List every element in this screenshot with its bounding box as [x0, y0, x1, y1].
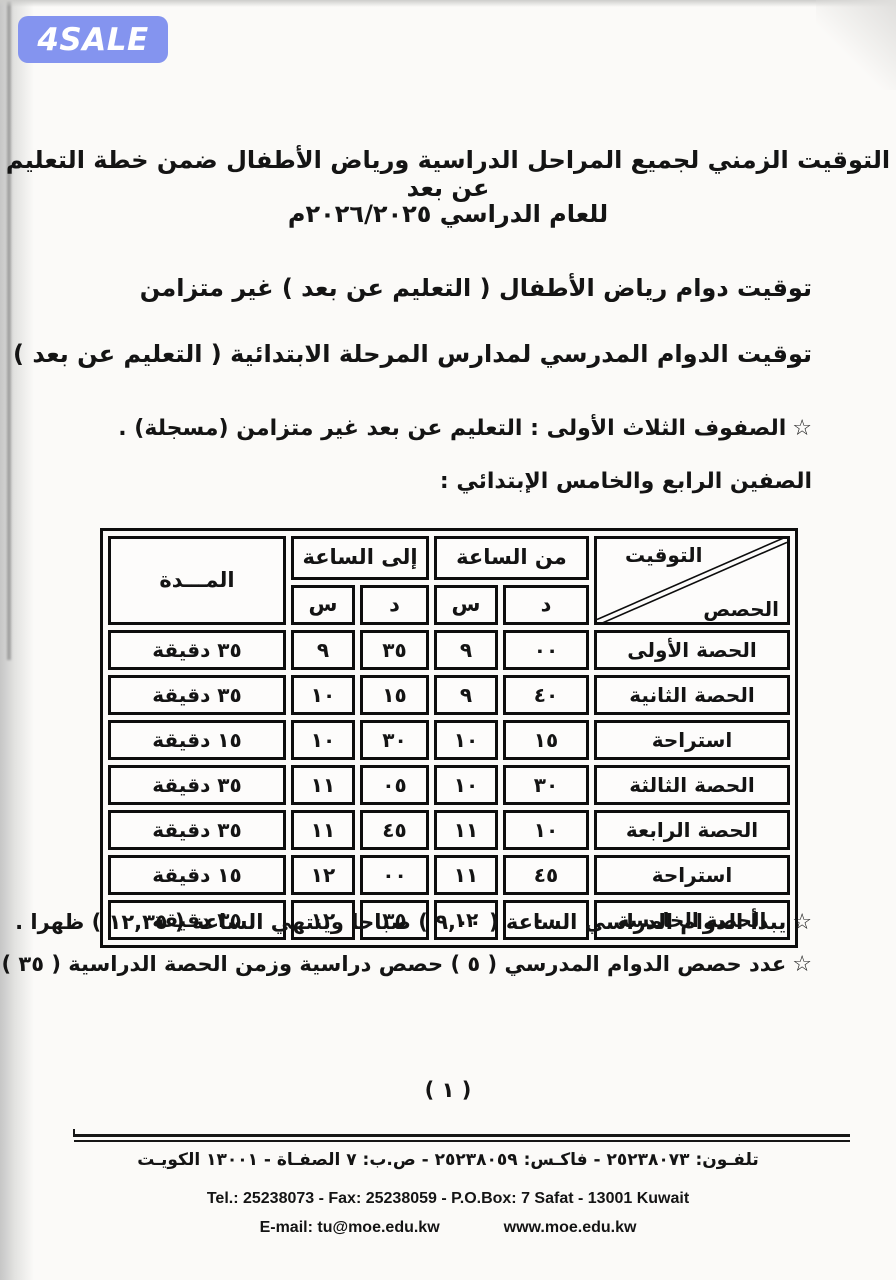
from-hours-cell: ٩ — [434, 630, 498, 670]
period-label-cell: الحصة الثالثة — [594, 765, 790, 805]
scan-edge-top-right — [816, 0, 896, 90]
footer-website: www.moe.edu.kw — [504, 1219, 637, 1237]
period-label-cell: استراحة — [594, 720, 790, 760]
from-hours-cell: ١١ — [434, 810, 498, 850]
from-minutes-cell: ٠٠ — [503, 630, 589, 670]
first-three-grades-text: الصفوف الثلاث الأولى : التعليم عن بعد غي… — [118, 416, 786, 441]
subheader-to-minutes: د — [360, 585, 429, 625]
footer-contact-english: Tel.: 25238073 - Fax: 25238059 - P.O.Box… — [0, 1190, 896, 1208]
to-hours-cell: ١٠ — [291, 675, 355, 715]
duration-cell: ٣٥ دقيقة — [108, 765, 286, 805]
duration-cell: ٣٥ دقيقة — [108, 810, 286, 850]
to-minutes-cell: ٠٠ — [360, 855, 429, 895]
table-row: الحصة الرابعة ١٠ ١١ ٤٥ ١١ ٣٥ دقيقة — [108, 810, 790, 850]
4sale-logo: 4SALE — [18, 16, 168, 63]
from-minutes-cell: ٤٠ — [503, 675, 589, 715]
to-minutes-cell: ٠٥ — [360, 765, 429, 805]
note-period-count: ☆عدد حصص الدوام المدرسي ( ٥ ) حصص دراسية… — [0, 952, 812, 977]
page-number: ( ١ ) — [0, 1078, 896, 1102]
period-label-cell: الحصة الأولى — [594, 630, 790, 670]
footer-divider — [74, 1134, 850, 1143]
table-row: الحصة الثانية ٤٠ ٩ ١٥ ١٠ ٣٥ دقيقة — [108, 675, 790, 715]
to-hours-cell: ١٢ — [291, 855, 355, 895]
note-text: عدد حصص الدوام المدرسي ( ٥ ) حصص دراسية … — [0, 952, 786, 976]
footer-email: E-mail: tu@moe.edu.kw — [260, 1219, 440, 1237]
footer-divider-line-bottom — [74, 1140, 850, 1142]
from-hours-cell: ٩ — [434, 675, 498, 715]
primary-school-timing-line: توقيت الدوام المدرسي لمدارس المرحلة الاب… — [13, 340, 812, 368]
from-minutes-cell: ٣٠ — [503, 765, 589, 805]
duration-cell: ٣٥ دقيقة — [108, 675, 286, 715]
table-row: الحصة الأولى ٠٠ ٩ ٣٥ ٩ ٣٥ دقيقة — [108, 630, 790, 670]
corner-label-timing: التوقيت — [625, 544, 703, 566]
corner-label-periods: الحصص — [703, 598, 779, 620]
footer-email-line: E-mail: tu@moe.edu.kw www.moe.edu.kw — [0, 1219, 896, 1237]
to-hours-cell: ١١ — [291, 810, 355, 850]
to-minutes-cell: ١٥ — [360, 675, 429, 715]
subheader-from-hours: س — [434, 585, 498, 625]
star-icon: ☆ — [792, 952, 812, 977]
period-label-cell: استراحة — [594, 855, 790, 895]
from-hours-cell: ١٠ — [434, 765, 498, 805]
scanned-document-page: 4SALE التوقيت الزمني لجميع المراحل الدرا… — [0, 0, 896, 1280]
schedule-table: التوقيت الحصص من الساعة إلى الساعة المــ… — [100, 528, 798, 948]
document-title-line2: للعام الدراسي ٢٠٢٦/٢٠٢٥م — [0, 200, 896, 228]
header-duration: المـــدة — [108, 536, 286, 625]
from-hours-cell: ١١ — [434, 855, 498, 895]
from-minutes-cell: ١٠ — [503, 810, 589, 850]
table-row: استراحة ١٥ ١٠ ٣٠ ١٠ ١٥ دقيقة — [108, 720, 790, 760]
from-hours-cell: ١٠ — [434, 720, 498, 760]
duration-cell: ١٥ دقيقة — [108, 855, 286, 895]
note-text: يبدأ الدوام الدراسي الساعة ( ٩,٠٠ ) صباح… — [15, 910, 786, 934]
grades-4-5-line: الصفين الرابع والخامس الإبتدائي : — [440, 469, 812, 494]
table-header-row-1: التوقيت الحصص من الساعة إلى الساعة المــ… — [108, 536, 790, 580]
footer-divider-line-top — [74, 1134, 850, 1137]
kindergarten-timing-line: توقيت دوام رياض الأطفال ( التعليم عن بعد… — [140, 274, 812, 302]
scan-edge-top — [0, 0, 896, 7]
duration-cell: ٣٥ دقيقة — [108, 630, 286, 670]
star-icon: ☆ — [792, 910, 812, 935]
subheader-from-minutes: د — [503, 585, 589, 625]
to-minutes-cell: ٣٠ — [360, 720, 429, 760]
scan-edge-shadow — [7, 0, 11, 660]
to-minutes-cell: ٤٥ — [360, 810, 429, 850]
to-hours-cell: ١١ — [291, 765, 355, 805]
to-hours-cell: ١٠ — [291, 720, 355, 760]
from-minutes-cell: ٤٥ — [503, 855, 589, 895]
period-label-cell: الحصة الرابعة — [594, 810, 790, 850]
to-minutes-cell: ٣٥ — [360, 630, 429, 670]
duration-cell: ١٥ دقيقة — [108, 720, 286, 760]
to-hours-cell: ٩ — [291, 630, 355, 670]
from-minutes-cell: ١٥ — [503, 720, 589, 760]
star-icon: ☆ — [792, 416, 812, 441]
document-title-line1: التوقيت الزمني لجميع المراحل الدراسية ور… — [0, 146, 896, 202]
subheader-to-hours: س — [291, 585, 355, 625]
table-row: الحصة الثالثة ٣٠ ١٠ ٠٥ ١١ ٣٥ دقيقة — [108, 765, 790, 805]
header-to-hour: إلى الساعة — [291, 536, 429, 580]
note-start-end-times: ☆يبدأ الدوام الدراسي الساعة ( ٩,٠٠ ) صبا… — [15, 910, 812, 935]
table-row: استراحة ٤٥ ١١ ٠٠ ١٢ ١٥ دقيقة — [108, 855, 790, 895]
corner-header-cell: التوقيت الحصص — [594, 536, 790, 625]
header-from-hour: من الساعة — [434, 536, 589, 580]
footer-contact-arabic: تلفـون: ٢٥٢٣٨٠٧٣ - فاكـس: ٢٥٢٣٨٠٥٩ - ص.ب… — [0, 1150, 896, 1170]
period-label-cell: الحصة الثانية — [594, 675, 790, 715]
first-three-grades-line: ☆الصفوف الثلاث الأولى : التعليم عن بعد غ… — [118, 416, 812, 441]
4sale-logo-text: 4SALE — [37, 22, 148, 58]
